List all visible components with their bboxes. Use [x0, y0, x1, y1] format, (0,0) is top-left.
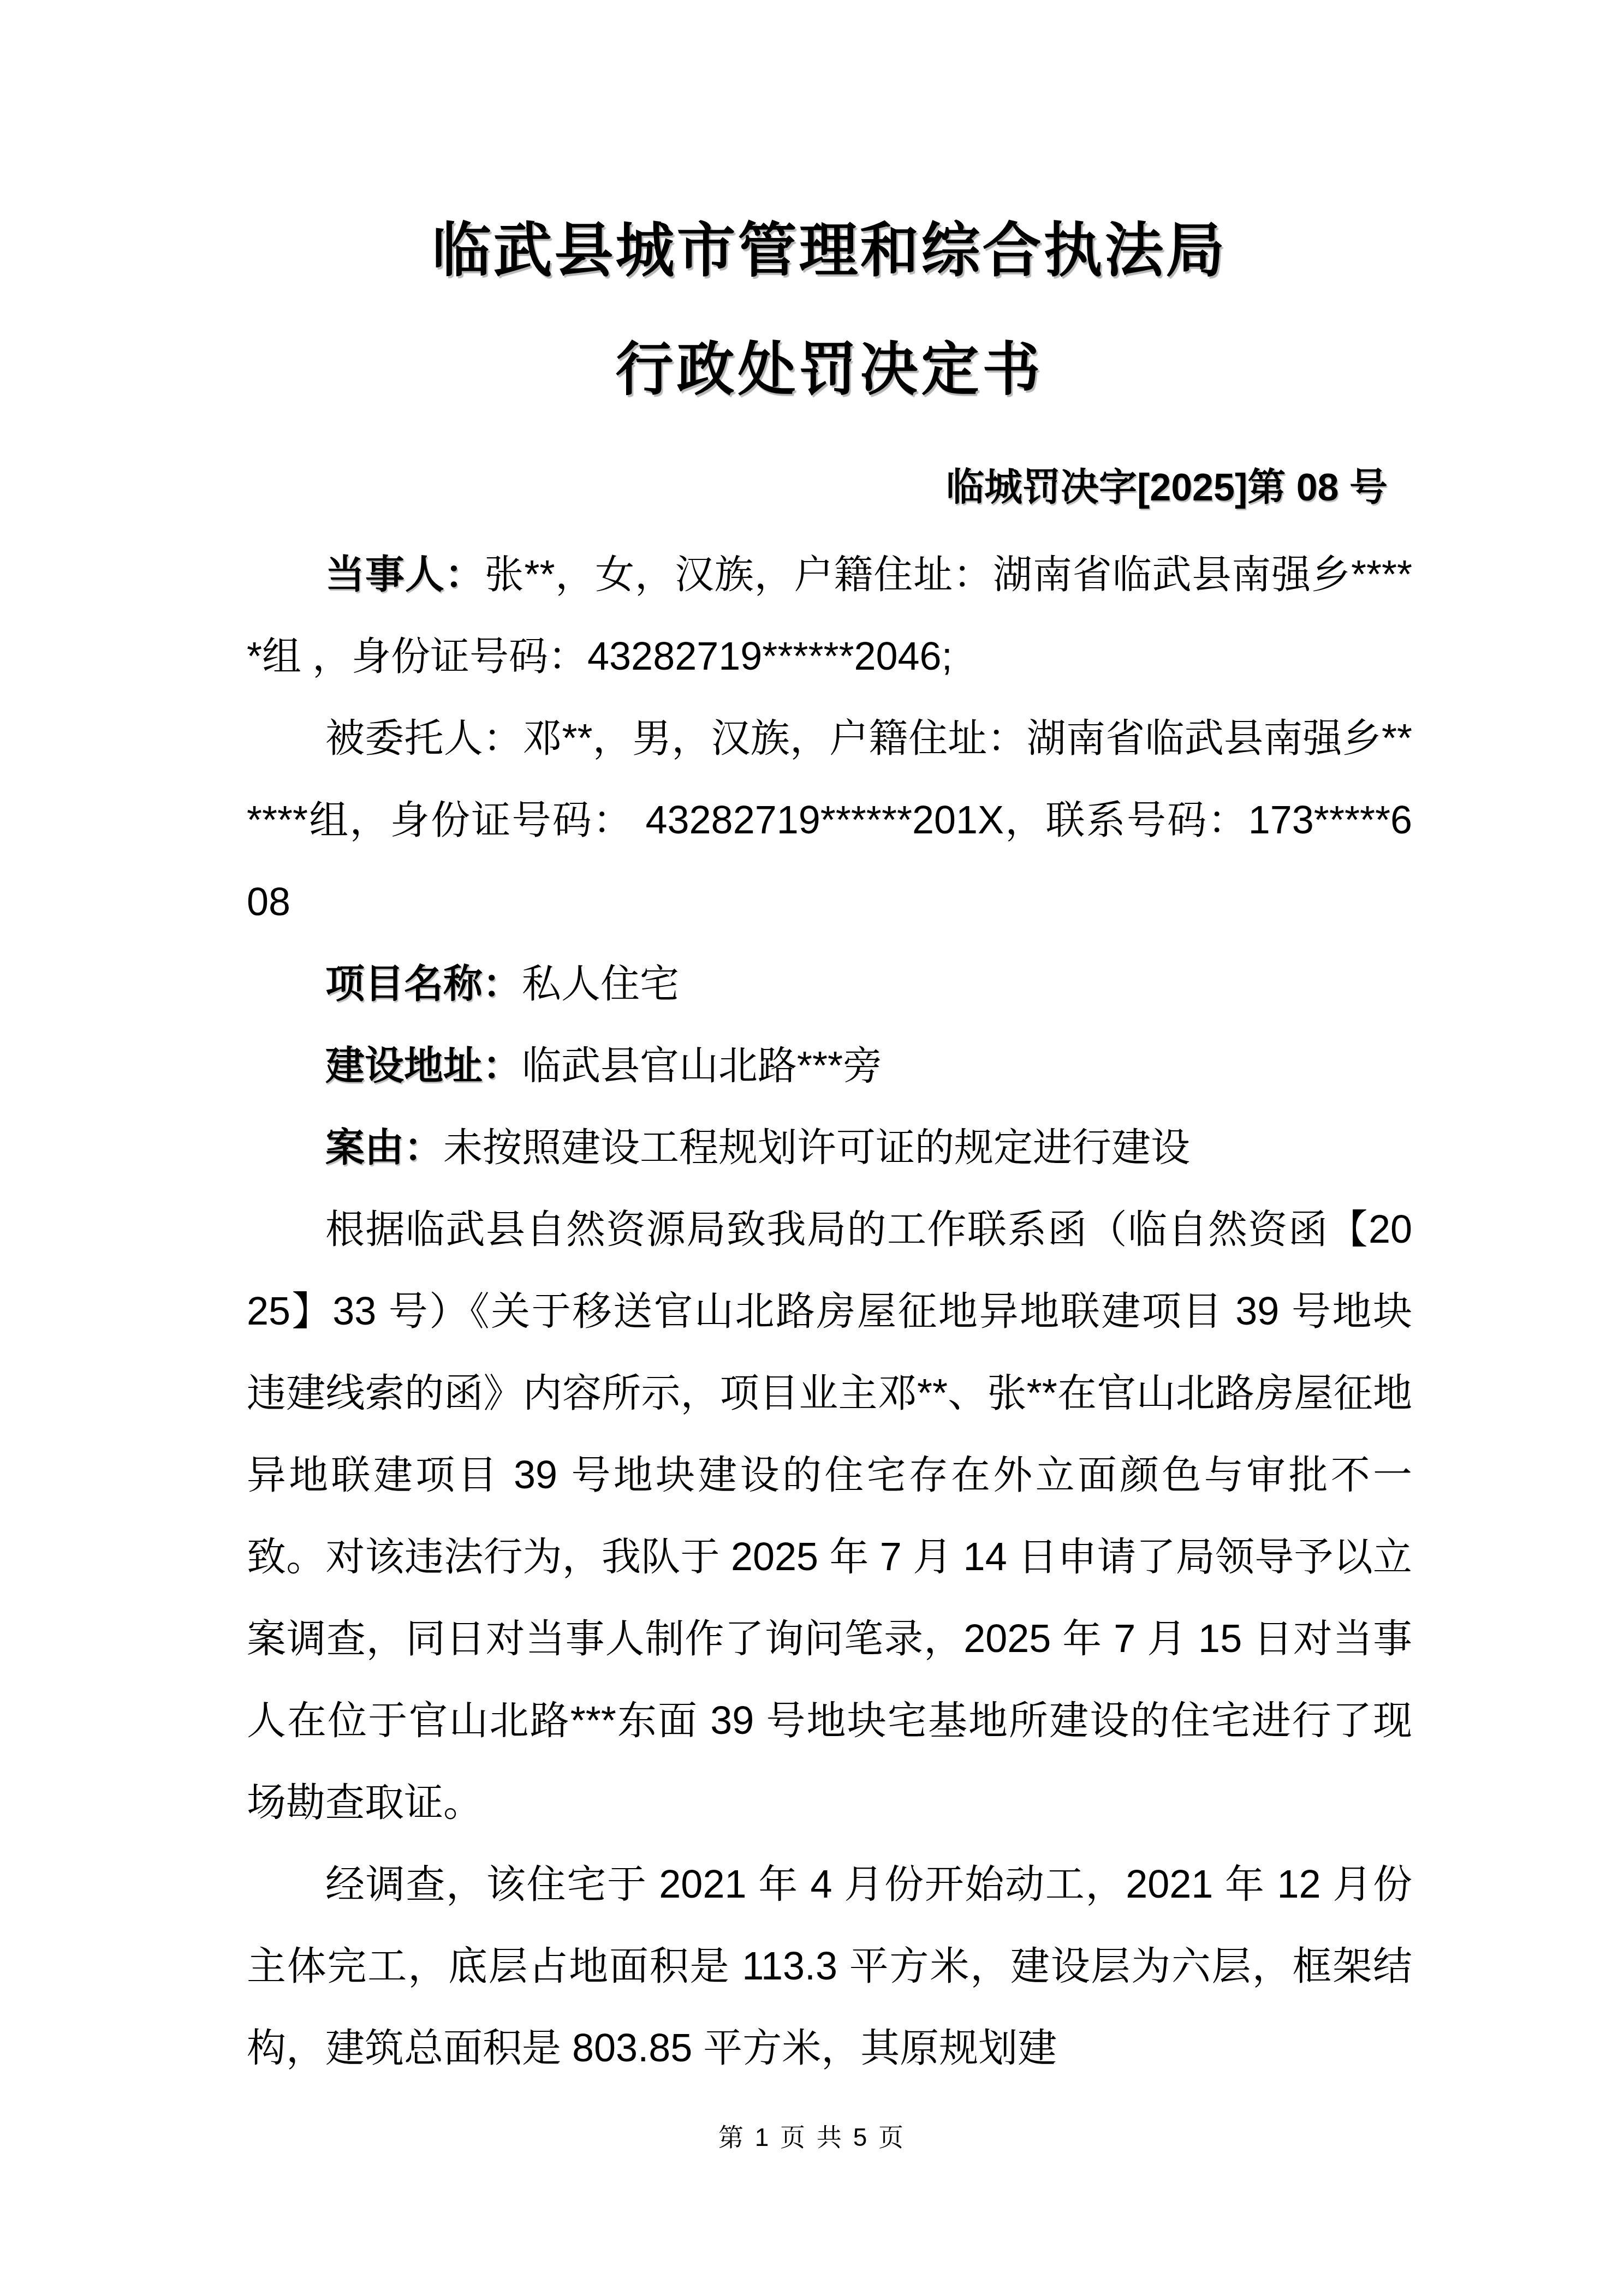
document-title: 临武县城市管理和综合执法局 — [247, 0, 1412, 284]
paragraph-party: 当事人：张**，女，汉族，户籍住址：湖南省临武县南强乡*****组 ，身份证号码… — [247, 534, 1412, 697]
paragraph-entrusted-person: 被委托人：邓**，男，汉族，户籍住址：湖南省临武县南强乡******组，身份证号… — [247, 697, 1412, 943]
paragraph-construction-address: 建设地址：临武县官山北路***旁 — [247, 1025, 1412, 1107]
paragraph-text: 未按照建设工程规划许可证的规定进行建设 — [443, 1126, 1190, 1170]
paragraph-label: 案由： — [325, 1126, 443, 1170]
paragraph-text: 根据临武县自然资源局致我局的工作联系函（临自然资函【2025】33 号）《关于移… — [247, 1208, 1412, 1824]
page-footer: 第 1 页 共 5 页 — [0, 2121, 1624, 2154]
paragraph-text: 经调查，该住宅于 2021 年 4 月份开始动工，2021 年 12 月份主体完… — [247, 1863, 1412, 2070]
paragraph-project-name: 项目名称：私人住宅 — [247, 943, 1412, 1025]
document-content: 临武县城市管理和综合执法局 行政处罚决定书 临城罚决字[2025]第 08 号 … — [0, 0, 1624, 2089]
document-page: 临武县城市管理和综合执法局 行政处罚决定书 临城罚决字[2025]第 08 号 … — [0, 0, 1624, 2296]
paragraph-text: 私人住宅 — [522, 962, 679, 1006]
paragraph-investigation-findings: 经调查，该住宅于 2021 年 4 月份开始动工，2021 年 12 月份主体完… — [247, 1844, 1412, 2089]
paragraph-label: 项目名称： — [325, 962, 522, 1006]
document-subtitle: 行政处罚决定书 — [247, 337, 1412, 402]
paragraph-label: 建设地址： — [325, 1044, 522, 1088]
document-number: 临城罚决字[2025]第 08 号 — [247, 466, 1412, 509]
paragraph-investigation-basis: 根据临武县自然资源局致我局的工作联系函（临自然资函【2025】33 号）《关于移… — [247, 1189, 1412, 1844]
document-body: 当事人：张**，女，汉族，户籍住址：湖南省临武县南强乡*****组 ，身份证号码… — [247, 534, 1412, 2089]
paragraph-text: 临武县官山北路***旁 — [522, 1044, 882, 1088]
paragraph-label: 当事人： — [325, 553, 485, 597]
paragraph-cause: 案由：未按照建设工程规划许可证的规定进行建设 — [247, 1107, 1412, 1189]
paragraph-text: 被委托人：邓**，男，汉族，户籍住址：湖南省临武县南强乡******组，身份证号… — [247, 717, 1412, 924]
